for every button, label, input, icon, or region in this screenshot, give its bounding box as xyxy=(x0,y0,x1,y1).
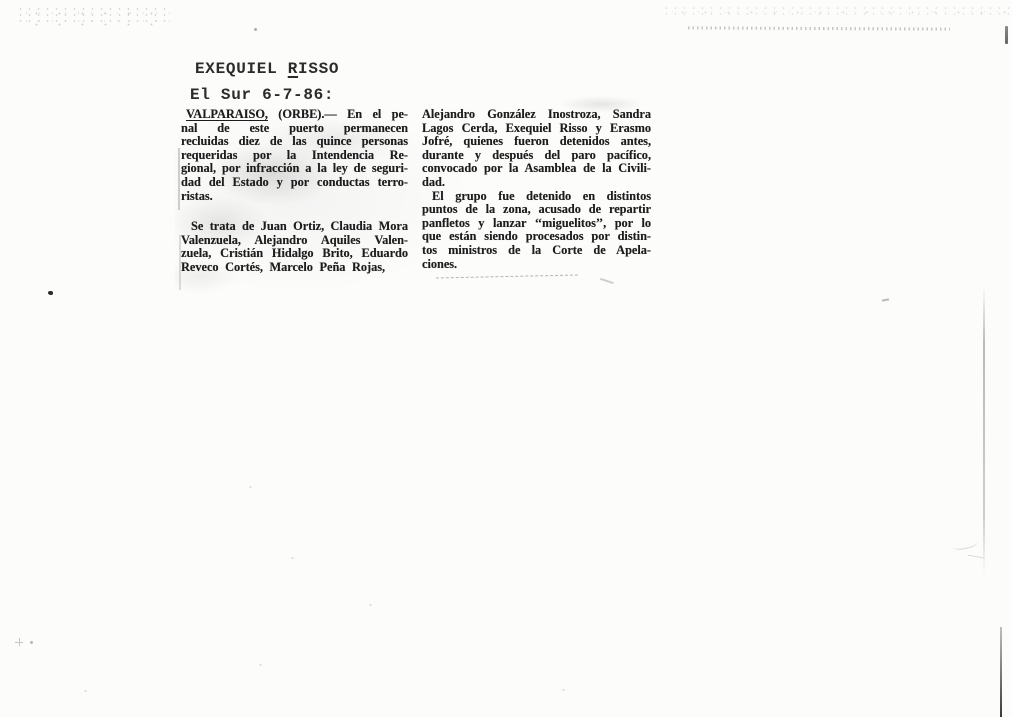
scanned-page: EXEQUIEL RISSO El Sur 6-7-86: VALPARAISO… xyxy=(0,0,1012,717)
dotted-scan-line xyxy=(688,26,950,30)
article-line: puntos de la zona, acusado de repartir xyxy=(422,203,651,217)
article-line: El grupo fue detenido en distintos xyxy=(422,190,651,204)
faint-speck xyxy=(259,664,262,666)
faint-speck xyxy=(291,557,294,559)
article-line-text: (ORBE).— En el pe- xyxy=(268,107,408,121)
article-line: Jofré, quienes fueron detenidos antes, xyxy=(422,135,651,149)
typed-title-rest: ISSO xyxy=(298,60,339,78)
article-line: nal de este puerto permanecen xyxy=(181,122,408,136)
faint-speck xyxy=(249,486,252,488)
article-line: Valenzuela, Alejandro Aquiles Valen- xyxy=(181,234,408,248)
ink-dot xyxy=(48,291,53,295)
pencil-smudge xyxy=(436,275,578,287)
speckle-noise-top-right xyxy=(662,5,1010,18)
article-paragraph: Alejandro González Inostroza, Sandra Lag… xyxy=(422,108,651,190)
clipping-edge-shadow xyxy=(178,148,180,210)
typed-source-dateline: El Sur 6-7-86: xyxy=(190,86,334,104)
article-line: Alejandro González Inostroza, Sandra xyxy=(422,108,651,122)
article-line: dad. xyxy=(422,176,651,190)
article-line: Lagos Cerda, Exequiel Risso y Erasmo xyxy=(422,122,651,136)
article-line: recluidas diez de las quince personas xyxy=(181,135,408,149)
article-line: durante y después del paro pacífico, xyxy=(422,149,651,163)
article-column-left: VALPARAISO, (ORBE).— En el pe- nal de es… xyxy=(181,108,408,275)
faint-scribble xyxy=(951,537,978,551)
ink-speck xyxy=(254,28,257,31)
edge-tick-mark xyxy=(1005,26,1008,44)
scanner-streak-dark xyxy=(1000,627,1002,717)
article-paragraph: El grupo fue detenido en distintos punto… xyxy=(422,190,651,272)
article-column-right: Alejandro González Inostroza, Sandra Lag… xyxy=(422,108,651,271)
pencil-dash xyxy=(882,298,889,301)
faint-speck xyxy=(369,604,372,606)
faint-speck xyxy=(562,689,565,691)
typed-title: EXEQUIEL RISSO xyxy=(195,60,339,78)
article-paragraph: VALPARAISO, (ORBE).— En el pe- nal de es… xyxy=(181,108,408,203)
typed-title-underlined-letter: R xyxy=(288,60,298,78)
article-line: convocado por la Asamblea de la Civili- xyxy=(422,162,651,176)
article-line: dad del Estado y por conductas terro- xyxy=(181,176,408,190)
article-line: Se trata de Juan Ortiz, Claudia Mora xyxy=(181,220,408,234)
article-line: requeridas por la Intendencia Re- xyxy=(181,149,408,163)
pencil-plus-mark xyxy=(15,638,23,646)
speckle-noise-top-left xyxy=(16,6,171,26)
scanner-streak xyxy=(983,286,985,576)
dateline-lead-word: VALPARAISO, xyxy=(186,107,268,121)
faint-scribble xyxy=(968,550,985,559)
faint-speck xyxy=(84,690,87,692)
article-line: gional, por infracción a la ley de segur… xyxy=(181,162,408,176)
pencil-smudge-tail xyxy=(600,278,614,284)
article-line: tos ministros de la Corte de Apela- xyxy=(422,244,651,258)
article-line: ristas. xyxy=(181,190,408,204)
article-line: panfletos y lanzar ‘‘miguelitos’’, por l… xyxy=(422,217,651,231)
article-line: que están siendo procesados por distin- xyxy=(422,230,651,244)
article-paragraph: Se trata de Juan Ortiz, Claudia Mora Val… xyxy=(181,220,408,274)
article-line: Reveco Cortés, Marcelo Peña Rojas, xyxy=(181,261,408,275)
article-line: zuela, Cristián Hidalgo Brito, Eduardo xyxy=(181,247,408,261)
article-line: ciones. xyxy=(422,258,651,272)
pencil-dot xyxy=(30,641,33,644)
typed-title-pre: EXEQUIEL xyxy=(195,60,288,78)
article-line: VALPARAISO, (ORBE).— En el pe- xyxy=(181,108,408,122)
